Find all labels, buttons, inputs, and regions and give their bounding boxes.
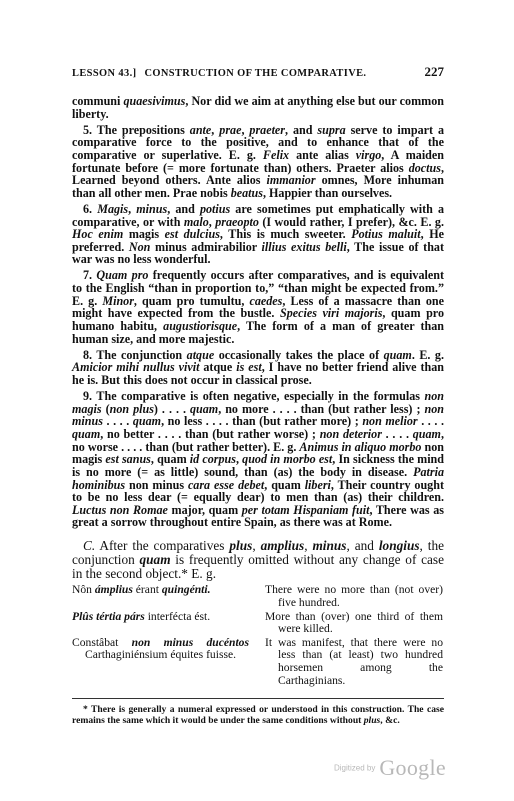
- text-run: , &c.: [380, 715, 399, 726]
- italic-text: quaesivimus: [123, 94, 185, 108]
- italic-text: illius exitus belli: [262, 240, 347, 254]
- italic-text: plus: [364, 715, 381, 726]
- italic-text: longius: [379, 538, 420, 553]
- italic-text: minus: [312, 538, 346, 553]
- footnote-text: * There is generally a numeral expressed…: [72, 704, 444, 726]
- italic-text: quingénti.: [162, 583, 211, 596]
- paragraph-continuation: communi quaesivimus, Nor did we aim at a…: [72, 95, 444, 120]
- watermark-prefix: Digitized by: [334, 764, 375, 773]
- italic-text: ámplius: [95, 583, 133, 596]
- example-row: Constâbat non minus ducéntos Carthaginié…: [72, 637, 444, 687]
- paragraph-8: 8. The conjunction atque occasionally ta…: [72, 349, 444, 387]
- italic-text: Plûs tértia párs: [72, 610, 145, 623]
- text-run: , and: [346, 538, 378, 553]
- italic-text: beatus: [231, 186, 263, 200]
- footnote-divider: [72, 698, 444, 699]
- paragraph-7: 7. Quam pro frequently occurs after comp…: [72, 269, 444, 345]
- text-run: , Happier than ourselves.: [263, 186, 392, 200]
- text-run: érant: [133, 583, 162, 596]
- text-run: After the comparatives: [95, 538, 229, 553]
- text-run: E. g.: [191, 566, 216, 581]
- digitized-by-google-watermark: Digitized by Google: [334, 755, 446, 781]
- italic-text: quam: [140, 552, 171, 567]
- page-number: 227: [425, 64, 445, 80]
- section-c-text: After the comparatives plus, amplius, mi…: [72, 538, 444, 581]
- chapter-title: CONSTRUCTION OF THE COMPARATIVE.: [144, 68, 424, 79]
- section-letter: C.: [83, 538, 95, 553]
- page-body: communi quaesivimus, Nor did we aim at a…: [72, 95, 444, 687]
- text-run: Nôn: [72, 583, 95, 596]
- text-run: Carthaginiénsium équites fuisse.: [85, 648, 236, 661]
- example-english: There were no more than (not over) five …: [265, 584, 443, 609]
- italic-text: amplius: [261, 538, 305, 553]
- google-logo-text: Google: [379, 755, 446, 780]
- example-latin: Constâbat non minus ducéntos Carthaginié…: [72, 637, 249, 687]
- italic-text: non minus ducéntos: [132, 636, 249, 649]
- example-english: It was manifest, that there were no less…: [265, 637, 443, 687]
- example-english: More than (over) one third of them were …: [265, 611, 443, 636]
- book-page: LESSON 43.] CONSTRUCTION OF THE COMPARAT…: [72, 64, 444, 688]
- lesson-label: LESSON 43.]: [72, 68, 136, 79]
- section-c-paragraph: C. After the comparatives plus, amplius,…: [72, 539, 444, 581]
- paragraph-5: 5. The prepositions ante, prae, praeter,…: [72, 124, 444, 200]
- footnote: * There is generally a numeral expressed…: [72, 704, 444, 726]
- example-row: Plûs tértia párs interfécta ést. More th…: [72, 611, 444, 636]
- text-run: interfécta ést.: [145, 610, 210, 623]
- italic-text: plus: [229, 538, 252, 553]
- text-run: Constâbat: [72, 636, 132, 649]
- examples-table: Nôn ámplius érant quingénti. There were …: [72, 584, 444, 687]
- running-header: LESSON 43.] CONSTRUCTION OF THE COMPARAT…: [72, 64, 444, 78]
- example-row: Nôn ámplius érant quingénti. There were …: [72, 584, 444, 609]
- paragraph-6: 6. Magis, minus, and potius are sometime…: [72, 203, 444, 266]
- paragraph-9: 9. The comparative is often negative, es…: [72, 390, 444, 529]
- example-latin: Nôn ámplius érant quingénti.: [72, 584, 249, 609]
- example-latin: Plûs tértia párs interfécta ést.: [72, 611, 249, 636]
- text-run: ,: [252, 538, 260, 553]
